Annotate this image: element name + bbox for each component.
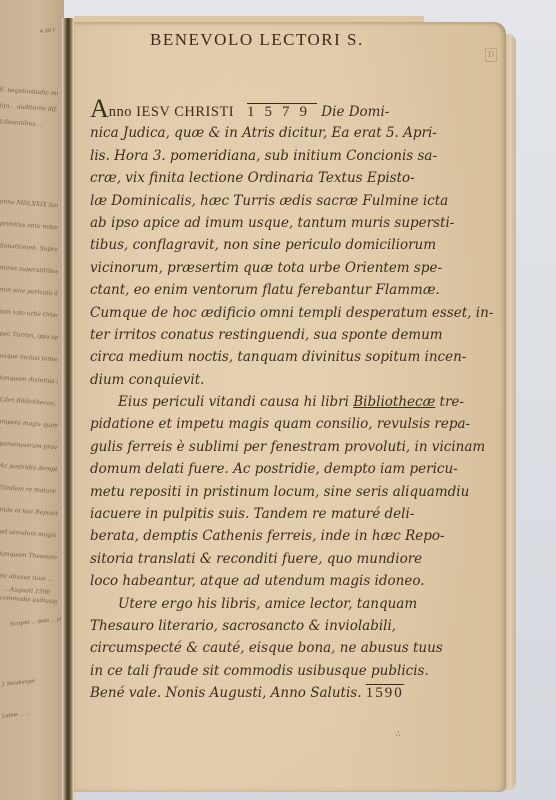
left-page-line: ...ad utendum magis idoneo... (0, 528, 58, 539)
text-fragment: tre- (435, 394, 464, 410)
year-1579: 1579 (247, 104, 317, 120)
left-page-line: ...Tandem re mature deliberata... (0, 484, 58, 495)
text-line: pidatione et impetu magis quam consilio,… (90, 413, 500, 435)
left-page-line: ...tanquam divinitus sopitum... (0, 374, 58, 385)
left-page-top-note: 4.30 r (40, 27, 56, 35)
text-line: vicinorum, præsertim quæ tota urbe Orien… (90, 257, 500, 279)
text-line: loco habeantur, atque ad utendum magis i… (90, 570, 500, 592)
left-page-line: ...usque inclusi tamen... (0, 352, 58, 363)
page-marker-stamp: D (485, 48, 497, 62)
year-1590: 1590 (366, 685, 404, 701)
text-line: Cumque de hoc ædificio omni templi despe… (90, 302, 500, 324)
heading-caps: nno IESV CHRISTI (109, 104, 234, 120)
ink-speck: ∴ (396, 730, 400, 738)
left-page-line: ...Libri Bibliothecae, trepidatione... (0, 396, 58, 407)
text-line: nica Judica, quæ & in Atris dicitur, Ea … (90, 122, 500, 144)
left-page-upper-line: ...fan... auditoriis dif...apertam... (0, 102, 58, 113)
underlined-word: Bibliothecæ (353, 394, 435, 410)
text-line: cræ, vix finita lectione Ordinaria Textu… (90, 167, 500, 189)
text-line: Utere ergo his libris, amice lector, tan… (90, 593, 500, 615)
closing-text: Bené vale. Nonis Augusti, Anno Salutis. (90, 685, 366, 701)
left-page-line: ...Ac postridie dempto... (0, 462, 58, 473)
left-page-line: ...impetu magis quam consilio... (0, 418, 58, 429)
manuscript-text: Anno IESV CHRISTI 1579 Die Domi- nica Ju… (90, 100, 500, 705)
text-line: circumspecté & cauté, eisque bona, ne ab… (90, 637, 500, 659)
text-line: læ Dominicalis, hæc Turris ædis sacræ Fu… (90, 190, 500, 212)
text-line: tibus, conflagravit, non sine periculo d… (90, 234, 500, 256)
text-fragment: Die Domi- (317, 104, 389, 120)
text-line: lis. Hora 3. pomeridiana, sub initium Co… (90, 145, 500, 167)
text-line: Thesauro literario, sacrosancto & inviol… (90, 615, 500, 637)
left-page-line: ...anno MDLXXIX Sanctorum Dominica Judic… (0, 198, 58, 209)
text-line: sitoria translati & reconditi fuere, quo… (90, 548, 500, 570)
text-line: iacuere in pulpitis suis. Tandem re matu… (90, 503, 500, 525)
text-line: metu repositi in pristinum locum, sine s… (90, 481, 500, 503)
text-line: ctant, eo enim ventorum flatu ferebantur… (90, 279, 500, 301)
left-page-line: ...inde in hac Repositoria... (0, 506, 58, 517)
left-facing-page: 4.30 r ...ll. negotiostudio mu iudicibus… (0, 0, 64, 800)
left-page-upper-line: ...Libeantibus... (0, 118, 58, 129)
left-page-line: ...non sine periculo domorum... (0, 286, 58, 297)
left-page-line: ...pec Turrim, ipsa sponte... (0, 330, 58, 341)
left-page-signature: J. Stauberger (2, 678, 36, 687)
text-line: gulis ferreis è sublimi per fenestram pr… (90, 436, 500, 458)
text-line: ab ipso apice ad imum usque, tantum muri… (90, 212, 500, 234)
text-line: Eius periculi vitandi causa hi libri Bib… (90, 391, 500, 413)
text-line: domum delati fuere. Ac postridie, dempto… (90, 458, 500, 480)
text-fragment: Eius periculi vitandi causa hi libri (118, 394, 353, 410)
left-page-line: ...tanquam Thesauro literario... (0, 550, 58, 561)
text-line: in ce tali fraude sit commodis usibusque… (90, 660, 500, 682)
left-page-line: ...Sonationem. Supra ...Turris... (0, 242, 58, 253)
left-page-line: ...persenestram provoluti... (0, 440, 58, 451)
left-page-line: ...mirus superstitibus ... (0, 264, 58, 275)
text-line: berata, demptis Cathenis ferreis, inde i… (90, 525, 500, 547)
text-line: dium conquievit. (90, 369, 500, 391)
left-page-bottom-note: Latine ... ... (2, 711, 31, 720)
drop-cap: A (90, 94, 109, 123)
text-line: ter irritos conatus restinguendi, sua sp… (90, 324, 500, 346)
left-page-line: ...ne abusus tuus ... (0, 572, 58, 583)
text-line: circa medium noctis, tanquam divinitus s… (90, 346, 500, 368)
page-title: BENEVOLO LECTORI S. (150, 30, 364, 50)
text-line: Anno IESV CHRISTI 1579 Die Domi- (90, 100, 500, 122)
left-page-upper-line: ...ll. negotiostudio mu iudicibus (0, 86, 58, 97)
left-page-line: ...primitus ante notam ... (0, 220, 58, 231)
left-page-line: ...iam toto urbe Orientem ... (0, 308, 58, 319)
left-page-archive-note: Scripsit ... ipsis ... archiv. ... (10, 614, 64, 627)
closing-line: Bené vale. Nonis Augusti, Anno Salutis. … (90, 682, 500, 704)
